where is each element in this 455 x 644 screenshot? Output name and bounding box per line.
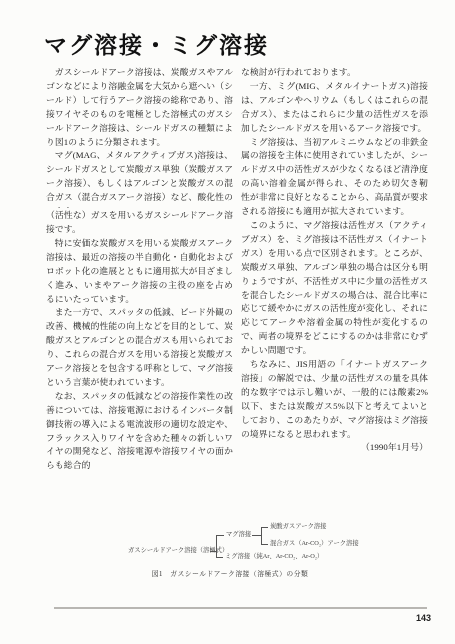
paragraph: なお、スパッタの低減などの溶接作業性の改善については、溶接電源におけるインバータ… <box>46 390 233 473</box>
paragraph: （1990年1月号） <box>241 441 428 455</box>
connector-line <box>216 557 223 558</box>
document-page: マグ溶接・ミグ溶接 ガスシールドアーク溶接は、炭酸ガスやアルゴンなどにより溶融金… <box>0 0 455 644</box>
paragraph: また一方で、スパッタの低減、ビード外観の改善、機械的性能の向上などを目的として、… <box>46 306 233 389</box>
paragraph: 特に安価な炭酸ガスを用いる炭酸ガスアーク溶接は、最近の溶接の半自動化・自動化およ… <box>46 237 233 307</box>
paragraph: ミグ溶接は、当初アルミニウムなどの非鉄金属の溶接を主体に使用されていましたが、シ… <box>241 136 428 219</box>
tree-mig-label: ミグ溶接（純Ar、Ar-CO₂、Ar-O₂） <box>225 553 323 561</box>
paragraph: ガスシールドアーク溶接は、炭酸ガスやアルゴンなどにより溶融金属を大気から遮へい（… <box>46 66 233 149</box>
page-number: 143 <box>416 613 431 623</box>
connector-line <box>261 544 268 545</box>
tree-co2-leaf-label: 炭酸ガスアーク溶接 <box>270 523 326 531</box>
connector-line <box>216 535 224 536</box>
figure-caption: 図1 ガスシールドアーク溶接（溶極式）の分類 <box>30 568 430 578</box>
footer-rule <box>54 607 427 609</box>
article-body: ガスシールドアーク溶接は、炭酸ガスやアルゴンなどにより溶融金属を大気から遮へい（… <box>46 66 428 473</box>
tree-mag-label: マグ溶接 <box>226 531 251 539</box>
connector-line <box>252 535 261 536</box>
paragraph: ちなみに、JIS用語の「イナートガスアーク溶接」の解説では、少量の活性ガスの量を… <box>241 358 428 441</box>
connector-line <box>210 551 217 552</box>
tree-mixed-gas-leaf-label: 混合ガス（Ar-CO₂）アーク溶接 <box>270 540 359 548</box>
page-title: マグ溶接・ミグ溶接 <box>44 27 269 60</box>
left-column: ガスシールドアーク溶接は、炭酸ガスやアルゴンなどにより溶融金属を大気から遮へい（… <box>46 66 233 473</box>
connector-line <box>261 527 262 545</box>
tree-root-label: ガスシールドアーク溶接（溶極式） <box>128 547 228 555</box>
connector-line <box>216 535 217 558</box>
connector-line <box>261 527 268 528</box>
right-column: な検討が行われております。一方、ミグ(MIG、メタルイナートガス)溶接は、アルゴ… <box>241 66 428 473</box>
paragraph: 一方、ミグ(MIG、メタルイナートガス)溶接は、アルゴンやヘリウム（もしくはこれ… <box>241 80 428 136</box>
paragraph: このように、マグ溶接は活性ガス（アクティブガス）を、ミグ溶接は不活性ガス（イナー… <box>241 219 428 358</box>
paragraph: な検討が行われております。 <box>241 66 428 80</box>
paragraph: マグ(MAG、メタルアクティブガス)溶接は、シールドガスとして炭酸ガス単独（炭酸… <box>46 149 233 236</box>
